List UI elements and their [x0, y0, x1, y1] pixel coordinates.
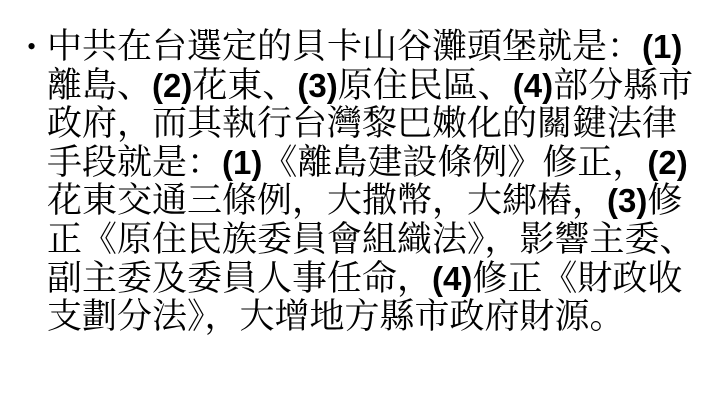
bullet-text: 中共在台選定的貝卡山谷灘頭堡就是：(1)離島、(2)花東、(3)原住民區、(4)… — [47, 28, 711, 337]
numbered-marker: (4) — [513, 67, 553, 104]
text-segment: 副主委及委員人事任命， — [47, 259, 432, 298]
text-line: 花東交通三條例，大撒幣，大綁樁，(3)修 — [47, 182, 711, 221]
numbered-marker: (1) — [642, 28, 682, 65]
text-line: 政府，而其執行台灣黎巴嫩化的關鍵法律 — [47, 105, 711, 144]
text-line: 離島、(2)花東、(3)原住民區、(4)部分縣市 — [47, 67, 711, 106]
text-line: 副主委及委員人事任命，(4)修正《財政收 — [47, 260, 711, 299]
text-segment: 花東交通三條例，大撒幣，大綁樁， — [47, 181, 607, 220]
numbered-marker: (2) — [152, 67, 192, 104]
text-segment: 手段就是： — [47, 143, 222, 182]
text-segment: 正《原住民族委員會組織法》，影響主委、 — [47, 220, 695, 259]
text-line: 手段就是：(1)《離島建設條例》修正，(2) — [47, 144, 711, 183]
bullet-marker: • — [27, 28, 36, 67]
text-segment: 支劃分法》，大增地方縣市政府財源。 — [47, 297, 625, 336]
text-segment: 離島、 — [47, 66, 152, 105]
numbered-marker: (2) — [647, 144, 687, 181]
text-segment: 《離島建設條例》修正， — [262, 143, 647, 182]
text-segment: 部分縣市 — [553, 66, 693, 105]
numbered-marker: (3) — [297, 67, 337, 104]
text-line: 支劃分法》，大增地方縣市政府財源。 — [47, 298, 711, 337]
numbered-marker: (4) — [432, 260, 472, 297]
text-line: 正《原住民族委員會組織法》，影響主委、 — [47, 221, 711, 260]
bullet-item: • 中共在台選定的貝卡山谷灘頭堡就是：(1)離島、(2)花東、(3)原住民區、(… — [0, 28, 711, 337]
text-line: 中共在台選定的貝卡山谷灘頭堡就是：(1) — [47, 28, 711, 67]
numbered-marker: (3) — [607, 182, 647, 219]
text-segment: 修 — [647, 181, 682, 220]
text-segment: 原住民區、 — [338, 66, 513, 105]
slide: • 中共在台選定的貝卡山谷灘頭堡就是：(1)離島、(2)花東、(3)原住民區、(… — [0, 0, 711, 400]
text-segment: 修正《財政收 — [472, 259, 682, 298]
text-segment: 中共在台選定的貝卡山谷灘頭堡就是： — [47, 27, 642, 66]
text-segment: 政府，而其執行台灣黎巴嫩化的關鍵法律 — [47, 104, 677, 143]
text-segment: 花東、 — [192, 66, 297, 105]
numbered-marker: (1) — [222, 144, 262, 181]
